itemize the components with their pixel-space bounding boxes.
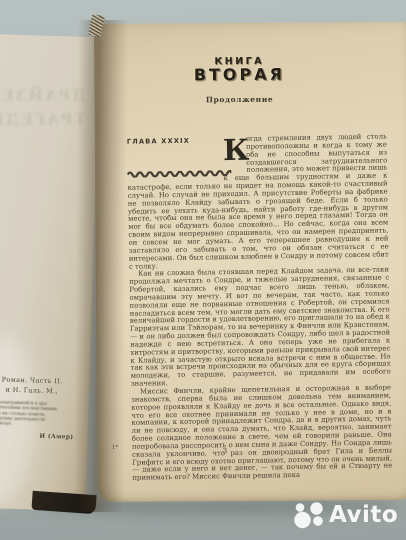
main-text-block: ГЛАВА XXXIX К огда стремления двух людей… (127, 133, 393, 482)
paragraph: Как ни сложна была стоявшая перед Клайдо… (129, 267, 391, 389)
left-page: к у ДРАЙЗЕР ТРАГЕДИЯ Роман. Часть II. и … (0, 34, 100, 511)
show-through-ghost-text: ДРАЙЗЕР ТРАГЕДИЯ (0, 83, 86, 131)
colophon-block: Роман. Часть II. и Н. Галь. М., мы, разы… (0, 374, 75, 441)
drop-cap-letter: К (223, 136, 247, 168)
chapter-heading: ГЛАВА XXXIX (127, 136, 223, 146)
annotation-fine-print: мы, разыгравшейся в дра- трагическими по… (0, 400, 74, 429)
squiggle-ornament (127, 170, 231, 178)
colophon-line: и Н. Галь. М., (0, 384, 75, 397)
continuation-subtitle: Продолжение (95, 94, 385, 105)
avito-watermark: Avito (292, 500, 398, 530)
book-header-word-vtoraya: ВТОРАЯ (94, 66, 384, 84)
right-page: КНИГА ВТОРАЯ Продолжение ГЛАВА XXXIX К о… (94, 22, 406, 502)
paragraph: Миссис Финчли, крайне щепетильная и осто… (131, 384, 393, 482)
avito-logo-icon (292, 500, 326, 530)
photo-of-open-book: к у ДРАЙЗЕР ТРАГЕДИЯ Роман. Часть II. и … (0, 0, 406, 540)
chapter-heading-column: ГЛАВА XXXIX (127, 136, 224, 179)
avito-watermark-label: Avito (329, 502, 398, 528)
book-part-header: КНИГА ВТОРАЯ (94, 56, 384, 84)
